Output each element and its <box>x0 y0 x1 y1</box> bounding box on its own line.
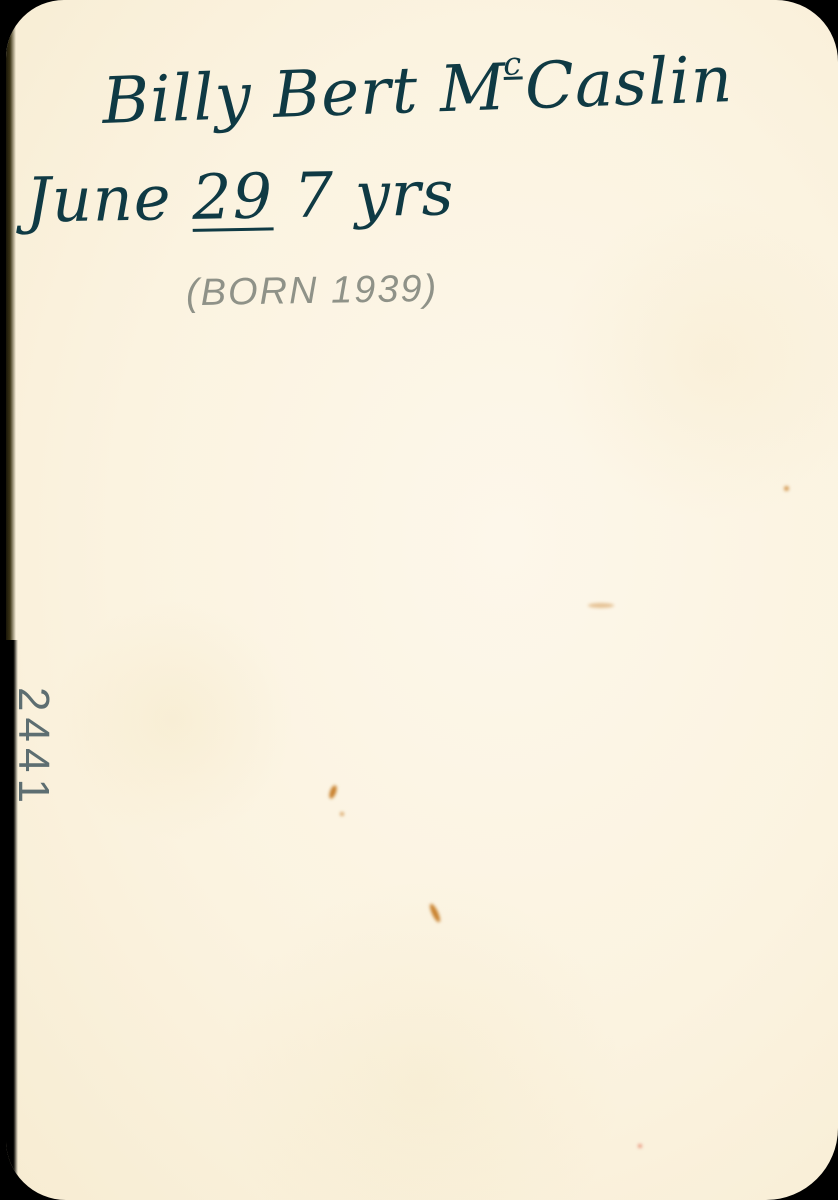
pencil-birth-note: (BORN 1939) <box>186 268 439 315</box>
date-month: June <box>25 161 172 237</box>
name-last-superscript: c <box>503 44 523 83</box>
stamped-catalog-number: 2441 <box>13 673 53 823</box>
age: 7 yrs <box>293 156 455 232</box>
handwritten-name: Billy Bert McCaslin <box>101 37 734 139</box>
stain-spot <box>328 784 338 799</box>
name-last-rest: Caslin <box>524 43 735 124</box>
name-last-prefix: M <box>438 51 507 127</box>
stain-spot <box>588 603 614 608</box>
name-first: Billy <box>101 60 253 139</box>
date-day: 29 <box>192 159 274 233</box>
stain-spot <box>784 486 789 491</box>
stain-spot <box>340 812 344 816</box>
handwritten-date-age: June 29 7 yrs <box>25 156 455 236</box>
stain-spot <box>428 903 442 924</box>
name-middle: Bert <box>272 54 420 133</box>
photo-card-back: Billy Bert McCaslin June 29 7 yrs (BORN … <box>6 0 838 1200</box>
stain-spot <box>638 1144 642 1148</box>
